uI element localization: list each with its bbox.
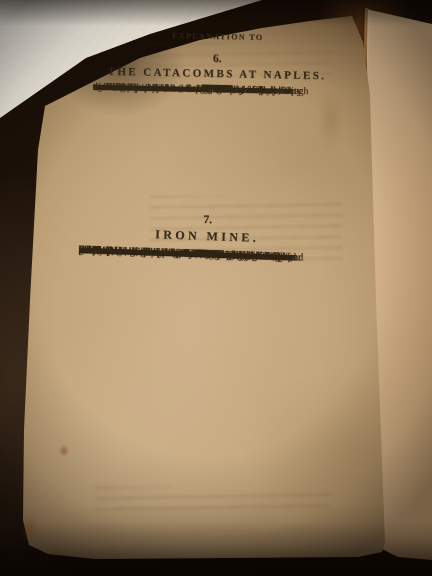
section-title: THE CATACOMBS AT NAPLES. [93, 65, 341, 82]
photo-of-open-book: 6 EXPLANATION TO 6. THE CATACOMBS AT NAP… [0, 0, 432, 576]
text-line: shire. [78, 245, 101, 257]
section-number: 6. [93, 50, 341, 67]
bleed-through-text [95, 487, 330, 515]
foxing-stain [59, 445, 69, 457]
foxing-stain [318, 92, 342, 150]
foxing-stain [22, 512, 38, 546]
section-iron-mine: 7. IRON MINE. IRON, though the most abun… [79, 208, 336, 257]
paragraph: THESE subterraneous passages are entered… [93, 82, 341, 87]
